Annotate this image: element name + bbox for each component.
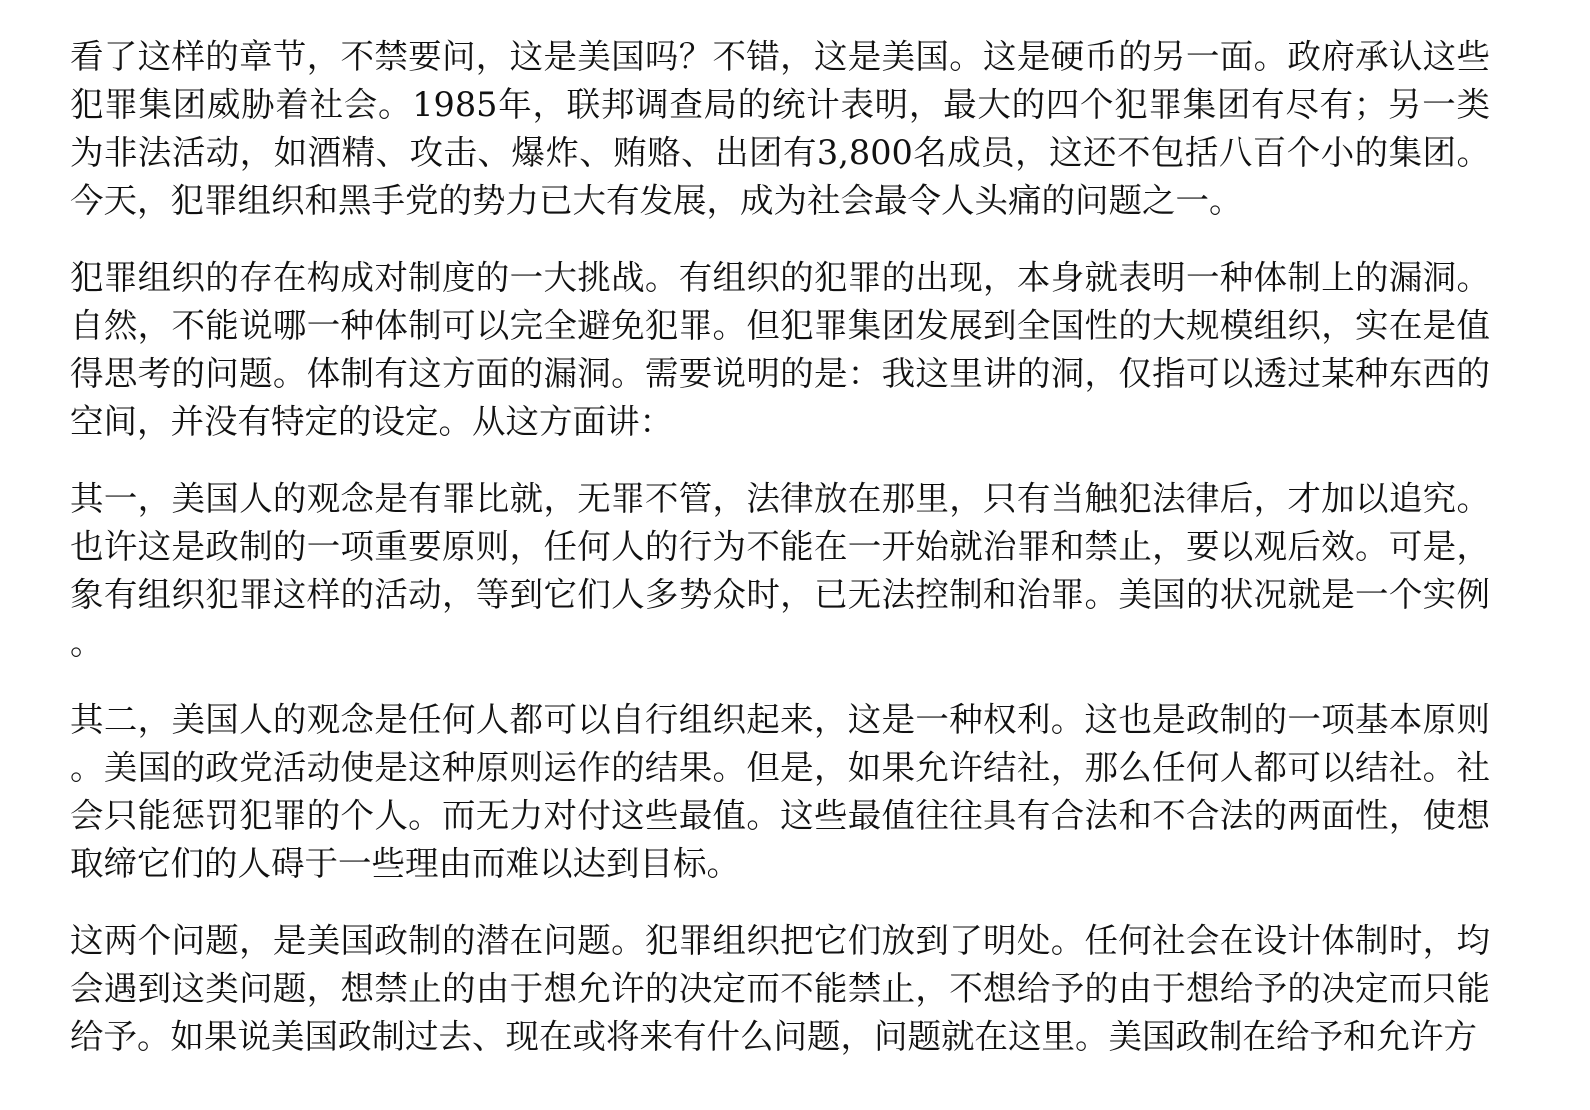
paragraph-3: 其一，美国人的观念是有罪比就，无罪不管，法律放在那里，只有当触犯法律后，才加以追…	[70, 475, 1490, 667]
paragraph-4: 其二，美国人的观念是任何人都可以自行组织起来，这是一种权利。这也是政制的一项基本…	[70, 696, 1490, 888]
document-page: 看了这样的章节，不禁要问，这是美国吗？不错，这是美国。这是硬币的另一面。政府承认…	[70, 33, 1490, 1090]
paragraph-5: 这两个问题，是美国政制的潜在问题。犯罪组织把它们放到了明处。任何社会在设计体制时…	[70, 917, 1490, 1061]
paragraph-2: 犯罪组织的存在构成对制度的一大挑战。有组织的犯罪的出现，本身就表明一种体制上的漏…	[70, 254, 1490, 446]
paragraph-1: 看了这样的章节，不禁要问，这是美国吗？不错，这是美国。这是硬币的另一面。政府承认…	[70, 33, 1490, 225]
